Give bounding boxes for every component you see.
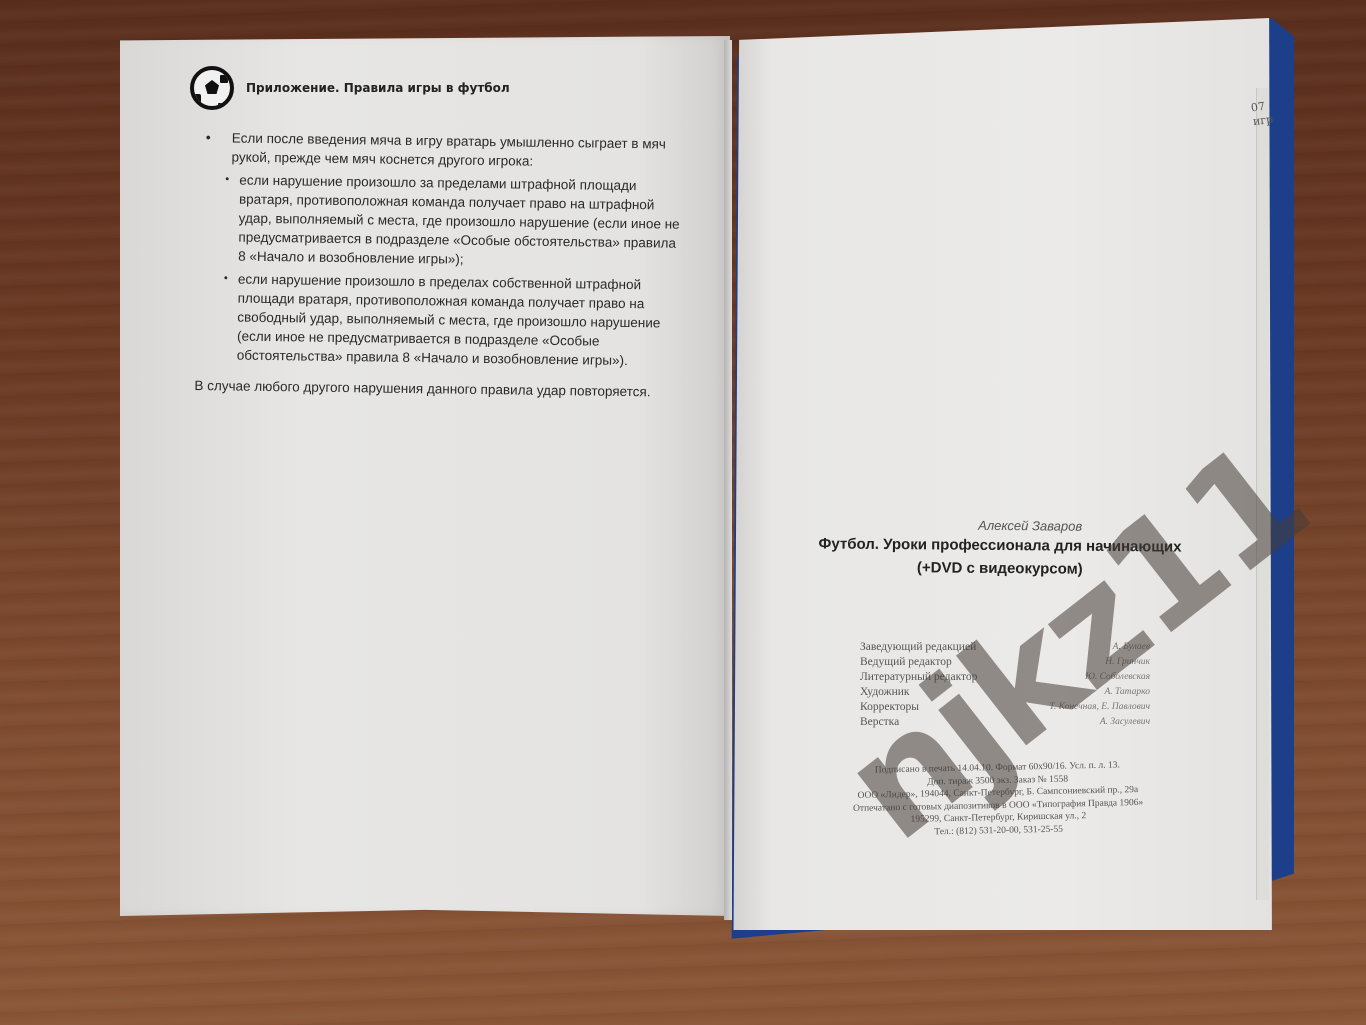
credit-name: Т. Конечная, Е. Павлович	[1049, 700, 1150, 715]
credit-row: Литературный редакторЮ. Соболевская	[860, 670, 1150, 685]
book-title: Футбол. Уроки профессионала для начинающ…	[780, 534, 1220, 558]
book-subtitle: (+DVD с видеокурсом)	[780, 557, 1220, 581]
imprint-title-block: Алексей Заваров Футбол. Уроки профессион…	[780, 516, 1221, 581]
credit-role: Литературный редактор	[860, 670, 977, 685]
closing-paragraph: В случае любого другого нарушения данног…	[194, 376, 679, 402]
print-info: Подписано в печать 14.04.10. Формат 60х9…	[837, 759, 1159, 841]
handwritten-line: игр	[1252, 113, 1274, 130]
credit-row: Ведущий редакторН. Гринчик	[860, 655, 1150, 670]
credits-list: Заведующий редакциейА. Булаев Ведущий ре…	[860, 640, 1150, 730]
sub-bullet-paragraph: если нарушение произошло в пределах собс…	[195, 269, 681, 371]
credit-name: А. Татарко	[1104, 685, 1150, 700]
running-head: Приложение. Правила игры в футбол	[190, 66, 510, 110]
credit-name: Н. Гринчик	[1105, 655, 1150, 670]
bullet-paragraph: Если после введения мяча в игру вратарь …	[197, 128, 682, 173]
credit-name: А. Засулевич	[1100, 715, 1150, 730]
author-name: Алексей Заваров	[840, 517, 1220, 535]
credit-row: КорректорыТ. Конечная, Е. Павлович	[860, 700, 1150, 715]
credit-row: ВерсткаА. Засулевич	[860, 715, 1150, 730]
credit-role: Ведущий редактор	[860, 655, 952, 670]
sub-bullet-paragraph: если нарушение произошло за пределами шт…	[196, 170, 682, 272]
credit-role: Художник	[860, 685, 909, 700]
credit-name: Ю. Соболевская	[1085, 670, 1150, 685]
left-page-body: Если после введения мяча в игру вратарь …	[194, 128, 683, 415]
running-head-title: Приложение. Правила игры в футбол	[246, 81, 510, 95]
credit-role: Верстка	[860, 715, 899, 730]
page-block-edge	[1256, 88, 1269, 900]
book-gutter	[724, 40, 732, 920]
soccer-ball-icon	[190, 66, 234, 110]
credit-name: А. Булаев	[1113, 640, 1150, 655]
credit-row: Заведующий редакциейА. Булаев	[860, 640, 1150, 655]
credit-role: Заведующий редакцией	[860, 640, 976, 655]
credit-role: Корректоры	[860, 700, 919, 715]
handwritten-note: 07 игр	[1250, 99, 1274, 130]
credit-row: ХудожникА. Татарко	[860, 685, 1150, 700]
